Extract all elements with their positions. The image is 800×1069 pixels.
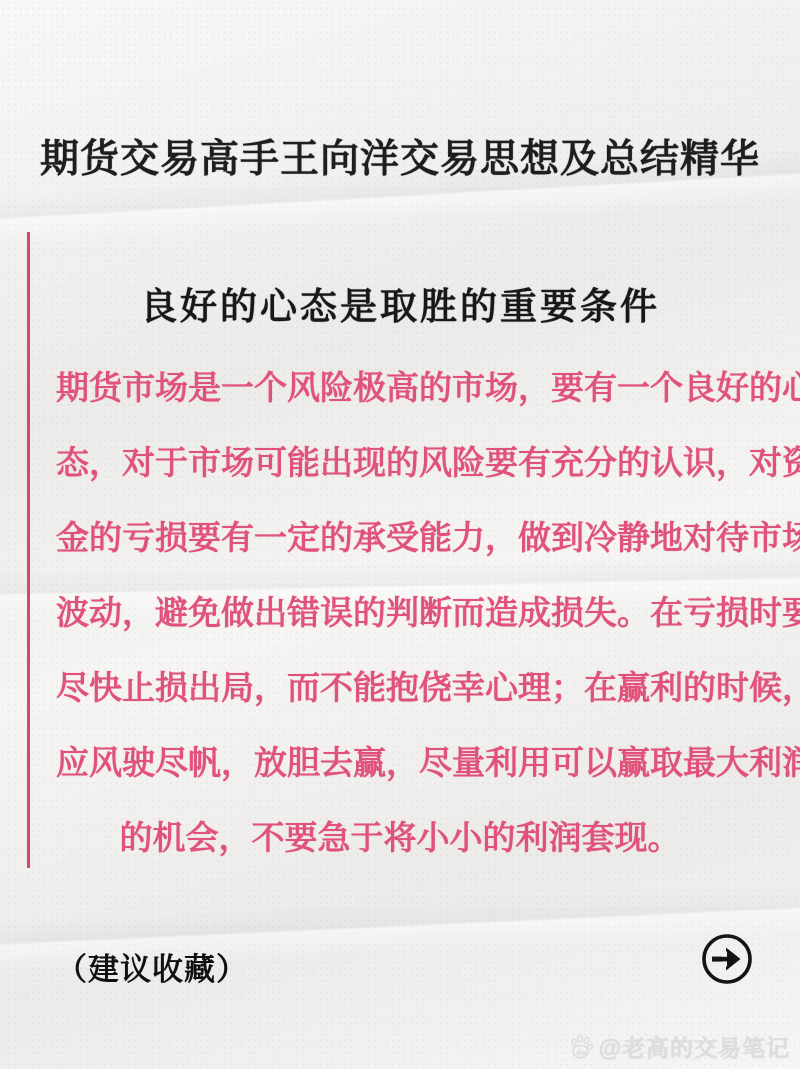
page-title: 期货交易高手王向洋交易思想及总结精华: [0, 128, 800, 184]
svg-text:du: du: [576, 1048, 587, 1057]
watermark: du @老高的交易笔记: [568, 1030, 790, 1063]
body-line: 应风驶尽帆，放胆去赢，尽量利用可以赢取最大利润: [56, 727, 744, 802]
watermark-handle: @老高的交易笔记: [599, 1030, 790, 1063]
body-line: 态，对于市场可能出现的风险要有充分的认识，对资: [56, 427, 744, 502]
article-body: 期货市场是一个风险极高的市场，要有一个良好的心 态，对于市场可能出现的风险要有充…: [56, 352, 744, 877]
baidu-paw-icon: du: [568, 1034, 594, 1060]
poster-canvas: 期货交易高手王向洋交易思想及总结精华 良好的心态是取胜的重要条件 期货市场是一个…: [0, 0, 800, 1069]
body-line: 期货市场是一个风险极高的市场，要有一个良好的心: [56, 352, 744, 427]
save-tip-label: （建议收藏）: [56, 944, 248, 989]
next-arrow-button[interactable]: [700, 932, 754, 986]
body-line: 尽快止损出局，而不能抱侥幸心理；在赢利的时候，: [56, 652, 744, 727]
circle-arrow-right-icon: [700, 932, 754, 986]
article-subtitle: 良好的心态是取胜的重要条件: [0, 276, 800, 330]
body-line: 的机会，不要急于将小小的利润套现。: [56, 802, 744, 877]
body-line: 波动，避免做出错误的判断而造成损失。在亏损时要: [56, 577, 744, 652]
body-line: 金的亏损要有一定的承受能力，做到冷静地对待市场: [56, 502, 744, 577]
